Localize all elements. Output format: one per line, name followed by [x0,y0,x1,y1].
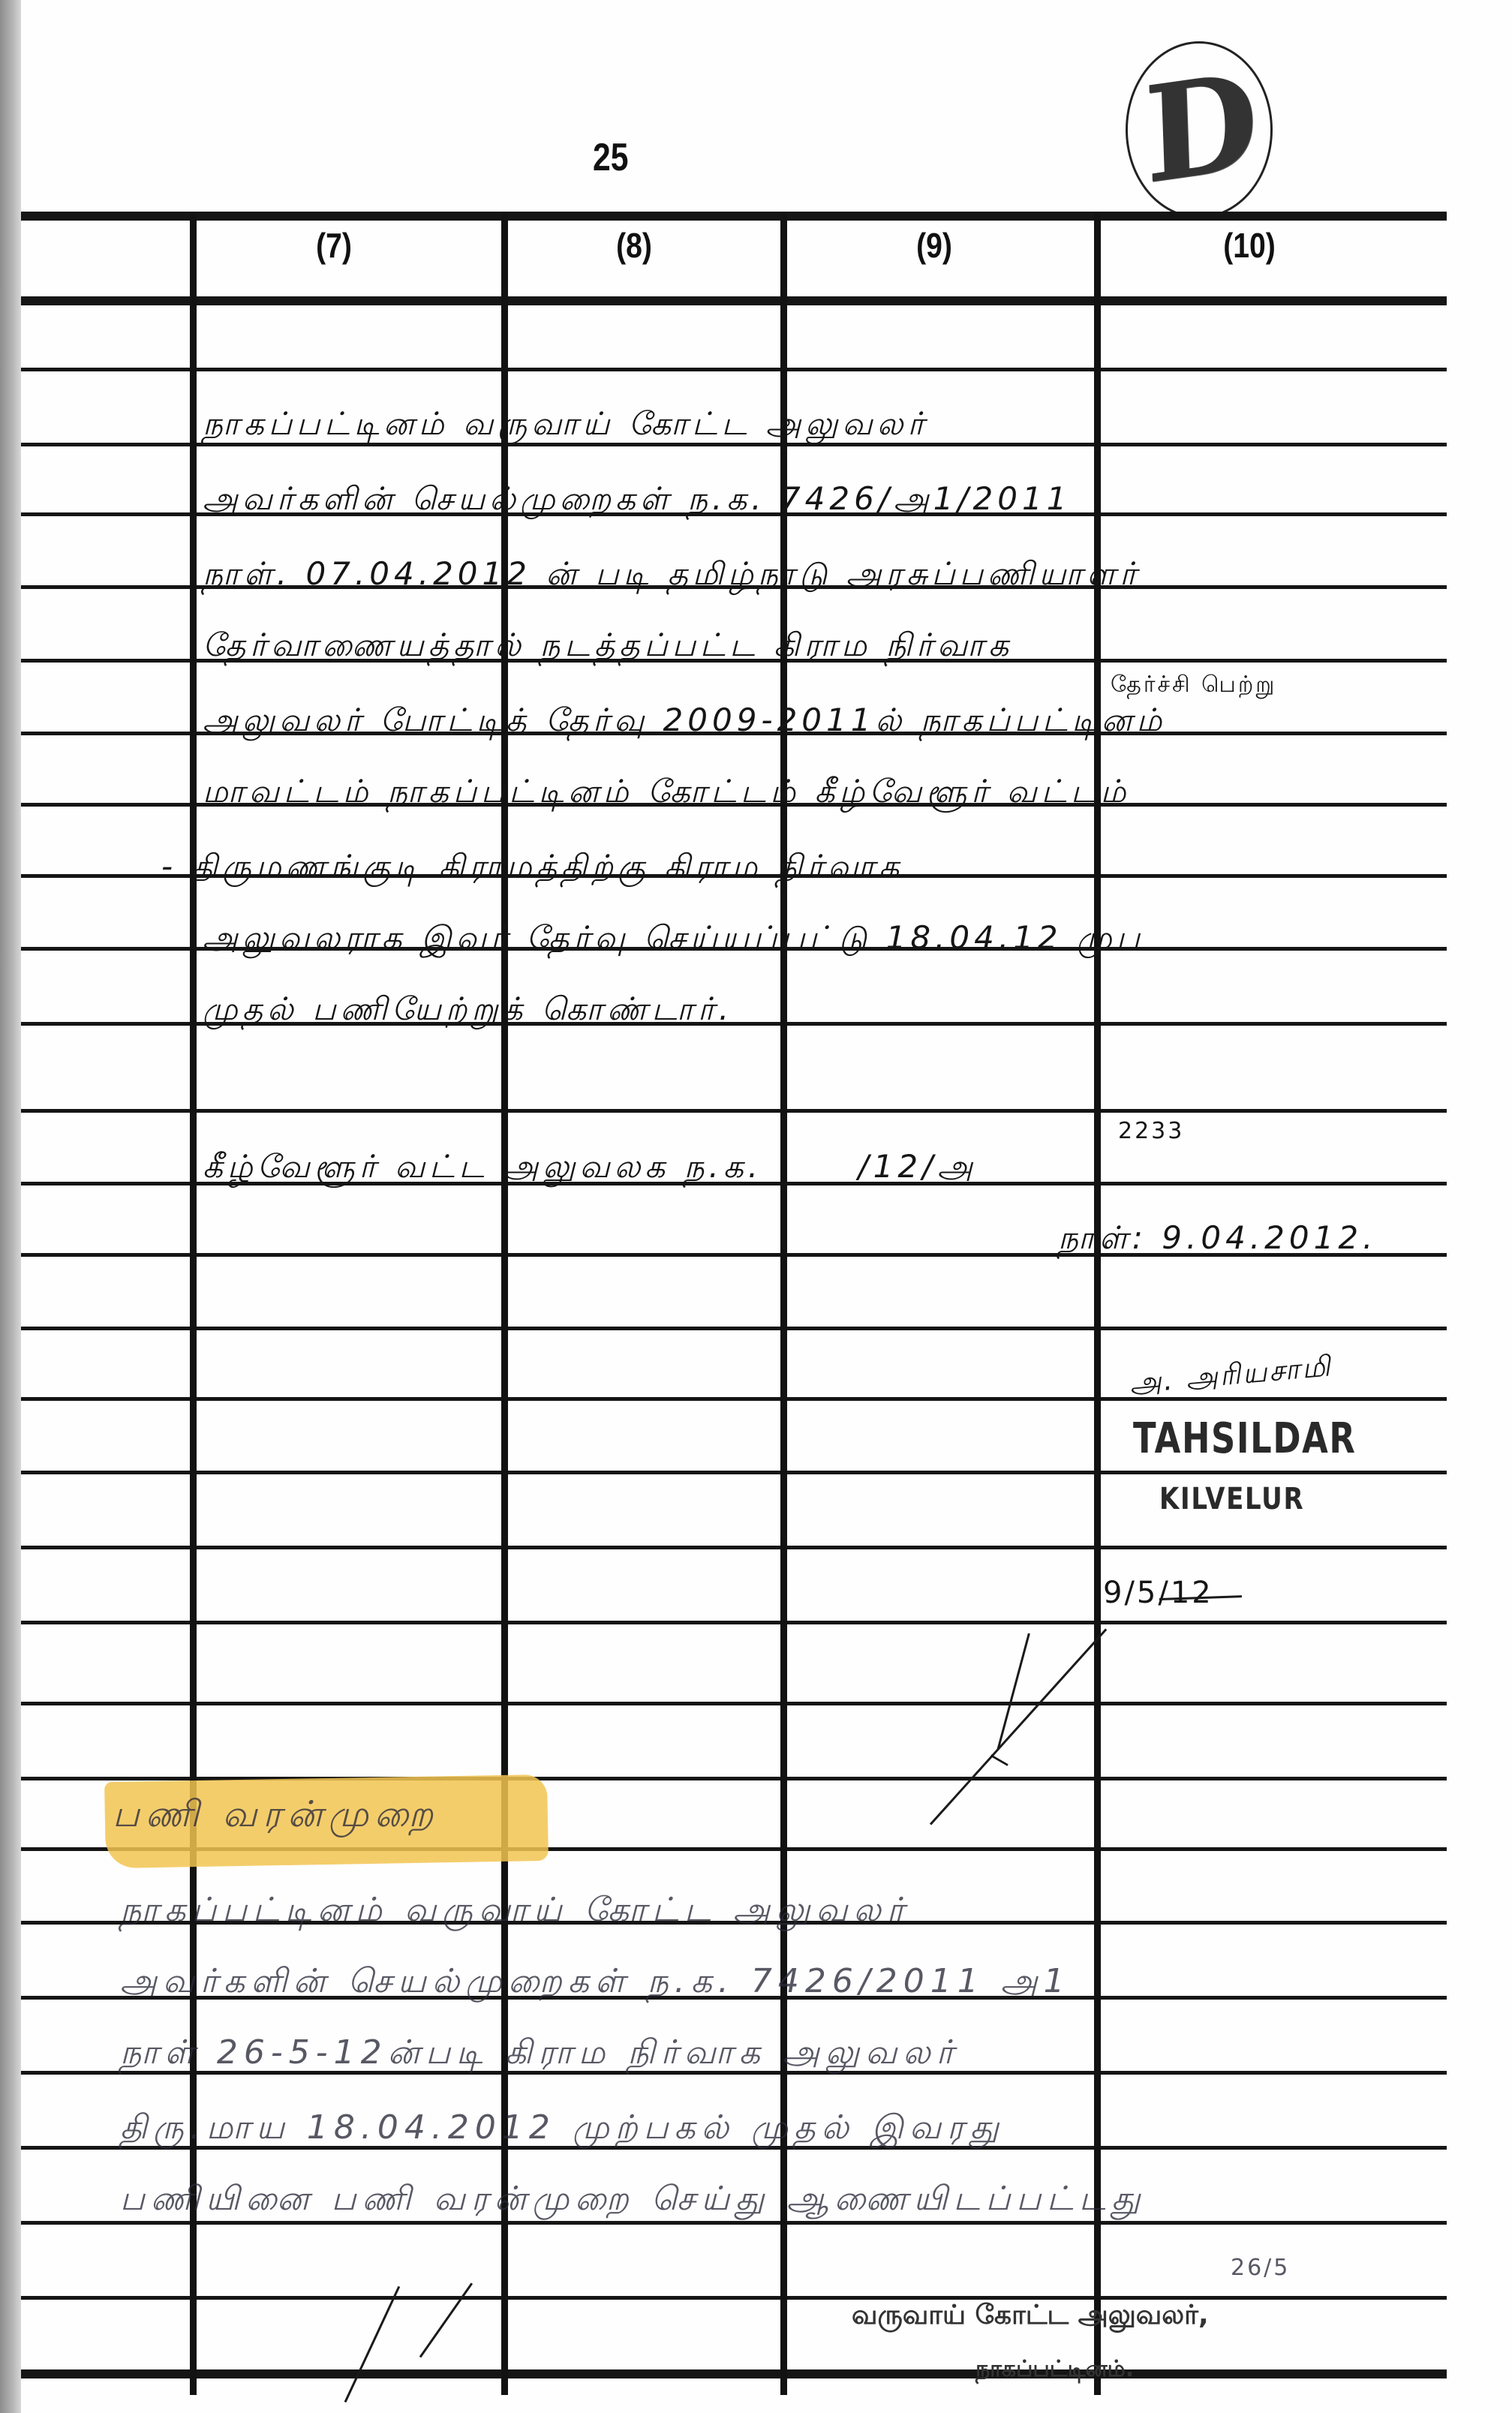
pay-fixation-line-2: அவர்களின் செயல்முறைகள் ந.க. 7426/2011 அ1 [120,1962,1071,2005]
reference-line: கீழ்வேளூர் வட்ட அலுவலக ந.க. ____/12/அ [203,1148,977,1189]
ruled-line [21,296,1447,305]
pay-fixation-heading: பணி வரன்முறை [113,1793,439,1840]
tahsildar-signature: அ. அரியசாமி [1128,1349,1333,1404]
rdo-stamp-title: வருவாய் கோட்ட அலுவலர், [852,2300,1209,2334]
ruled-line [21,368,1447,371]
pay-fixation-line-3: நாள் 26-5-12ன்படி கிராம நிர்வாக அலுவலர் [120,2033,960,2076]
pay-fixation-signature-note: 26/5 [1231,2255,1290,2281]
ruled-line [21,1471,1447,1474]
binding-margin [0,0,21,2413]
entry-line-4: தேர்வாணையத்தால் நடத்தப்பட்ட கிராம நிர்வா… [203,627,1013,668]
column-header-9: (9) [870,225,998,266]
ruled-line [21,2369,1447,2378]
ruled-line [21,2296,1447,2300]
date-line: நாள்: 9.04.2012. [1058,1219,1377,1261]
tahsildar-stamp-title: TAHSILDAR [1133,1414,1356,1463]
page-number: 25 [593,135,628,180]
ruled-line [21,1397,1447,1401]
entry-line-5: அலுவலர் போட்டித் தேர்வு 2009-2011ல் நாகப… [203,702,1166,743]
column-header-8: (8) [570,225,698,266]
pay-fixation-line-4: திரு.மாய 18.04.2012 முற்பகல் முதல் இவரது [120,2108,1005,2151]
rdo-signature-stroke [930,1628,1107,1825]
entry-line-1: நாகப்பட்டினம் வருவாய் கோட்ட அலுவலர் [203,405,928,446]
ruled-line [21,1621,1447,1624]
entry-line-7: - திருமணங்குடி கிராமத்திற்கு கிராம நிர்வ… [161,848,903,889]
corner-d-stamp: D [1126,41,1273,218]
d-stamp-letter: D [1143,55,1260,203]
entry-line-3: நாள். 07.04.2012 ன் படி தமிழ்நாடு அரசுப்… [203,555,1141,596]
bottom-left-signature-stroke-2 [419,2282,473,2357]
bottom-left-signature-stroke [344,2286,401,2402]
entry-line-9: முதல் பணியேற்றுக் கொண்டார். [203,990,733,1032]
entry-line-2: அவர்களின் செயல்முறைகள் ந.க. 7426/அ1/2011 [203,480,1071,521]
reference-number: 2233 [1118,1118,1184,1144]
ruled-line [21,1109,1447,1113]
rdo-stamp-place: நாகப்பட்டினம். [975,2356,1134,2385]
entry-line-8: அலுவலராக இவர் தேர்வு செய்யப்பட்டு 18.04.… [203,919,1144,960]
column-header-10: (10) [1186,225,1313,266]
ledger-page: 25 D (7) (8) (9) (10) நாகப்பட்டினம் வருவ… [0,0,1512,2413]
column-divider-9-10 [1094,212,1101,2395]
tahsildar-initials-date: 9/5/12 [1103,1576,1213,1610]
ruled-line [21,1702,1447,1705]
column-header-7: (7) [270,225,398,266]
entry-line-6: மாவட்டம் நாகப்பட்டினம் கோட்டம் கீழ்வேளூர… [203,773,1130,814]
rdo-signature-text: ꟾ [990,1750,1015,1770]
pay-fixation-line-1: நாகப்பட்டினம் வருவாய் கோட்ட அலுவலர் [120,1891,910,1934]
tahsildar-stamp-place: KILVELUR [1159,1482,1304,1516]
pay-fixation-line-5: பணியினை பணி வரன்முறை செய்து ஆணையிடப்பட்ட… [120,2180,1146,2222]
ruled-line [21,212,1447,221]
ruled-line [21,1327,1447,1330]
insertion-note: தேர்ச்சி பெற்று [1111,672,1276,701]
ruled-line [21,1546,1447,1549]
